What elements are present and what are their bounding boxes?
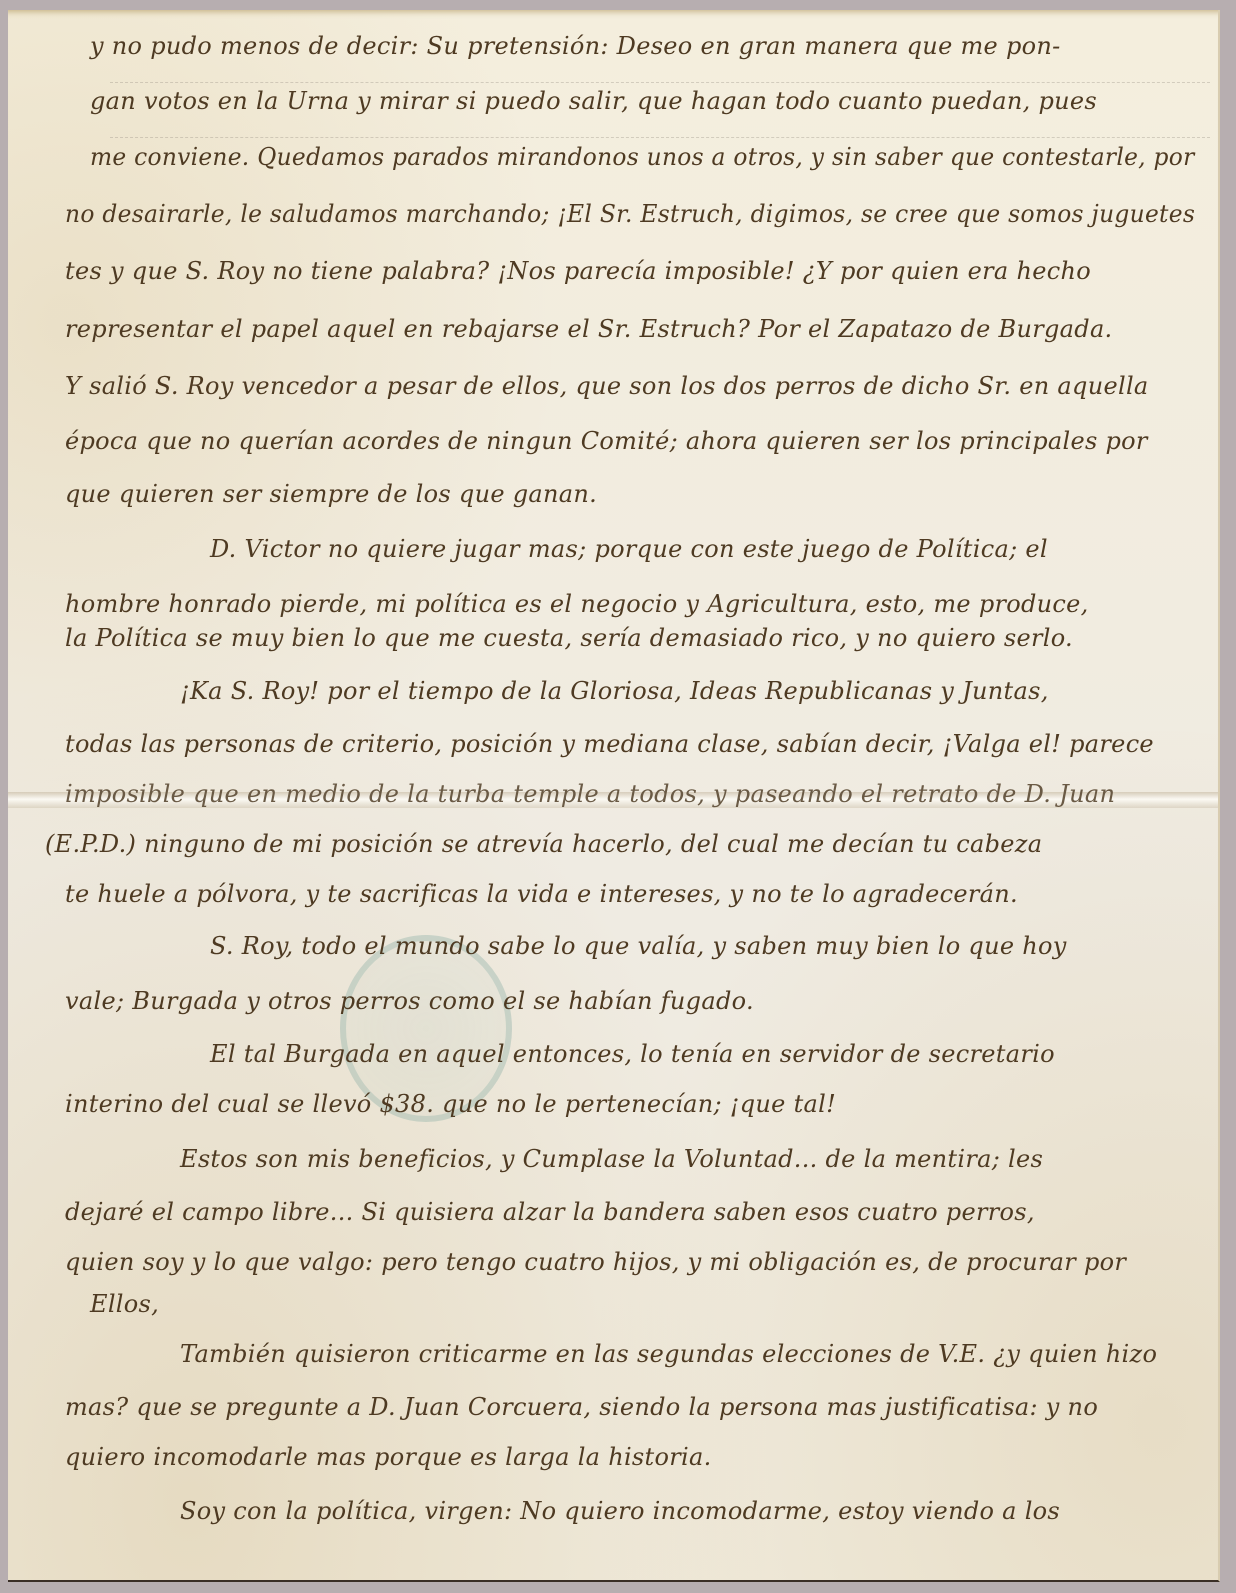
text-line: que quieren ser siempre de los que ganan… [65,480,597,508]
text-line: gan votos en la Urna y mirar si puedo sa… [90,87,1097,115]
text-line: me conviene. Quedamos parados mirandonos… [90,143,1195,171]
text-line: (E.P.D.) ninguno de mi posición se atrev… [45,830,1042,858]
text-line: El tal Burgada en aquel entonces, lo ten… [210,1040,1055,1068]
text-line: También quisieron criticarme en las segu… [180,1340,1157,1368]
text-line: hombre honrado pierde, mi política es el… [65,590,1089,618]
text-line: vale; Burgada y otros perros como el se … [65,987,754,1015]
text-line: Soy con la política, virgen: No quiero i… [180,1497,1060,1525]
text-line: época que no querían acordes de ningun C… [65,427,1148,455]
text-line: mas? que se pregunte a D. Juan Corcuera,… [65,1393,1098,1421]
ruling-guide [110,137,1210,138]
text-line: interino del cual se llevó $38. que no l… [65,1090,836,1118]
text-line: la Política se muy bien lo que me cuesta… [65,624,1073,652]
text-line: no desairarle, le saludamos marchando; ¡… [65,200,1195,228]
text-line: y no pudo menos de decir: Su pretensión:… [90,32,1061,60]
text-line: representar el papel aquel en rebajarse … [65,315,1113,343]
text-line: S. Roy, todo el mundo sabe lo que valía,… [210,932,1067,960]
text-line: D. Victor no quiere jugar mas; porque co… [210,535,1048,563]
text-line: Y salió S. Roy vencedor a pesar de ellos… [65,372,1149,400]
text-line: quien soy y lo que valgo: pero tengo cua… [65,1248,1126,1276]
ruling-guide [110,82,1210,83]
text-line: imposible que en medio de la turba templ… [65,780,1115,808]
text-line: todas las personas de criterio, posición… [65,730,1154,758]
text-line: te huele a pólvora, y te sacrificas la v… [65,880,1018,908]
text-line: Ellos, [90,1290,159,1318]
text-line: dejaré el campo libre... Si quisiera alz… [65,1198,1035,1226]
text-line: tes y que S. Roy no tiene palabra? ¡Nos … [65,257,1091,285]
text-line: ¡Ka S. Roy! por el tiempo de la Gloriosa… [180,677,1049,705]
text-line: quiero incomodarle mas porque es larga l… [65,1443,712,1471]
text-line: Estos son mis beneficios, y Cumplase la … [180,1145,1043,1173]
